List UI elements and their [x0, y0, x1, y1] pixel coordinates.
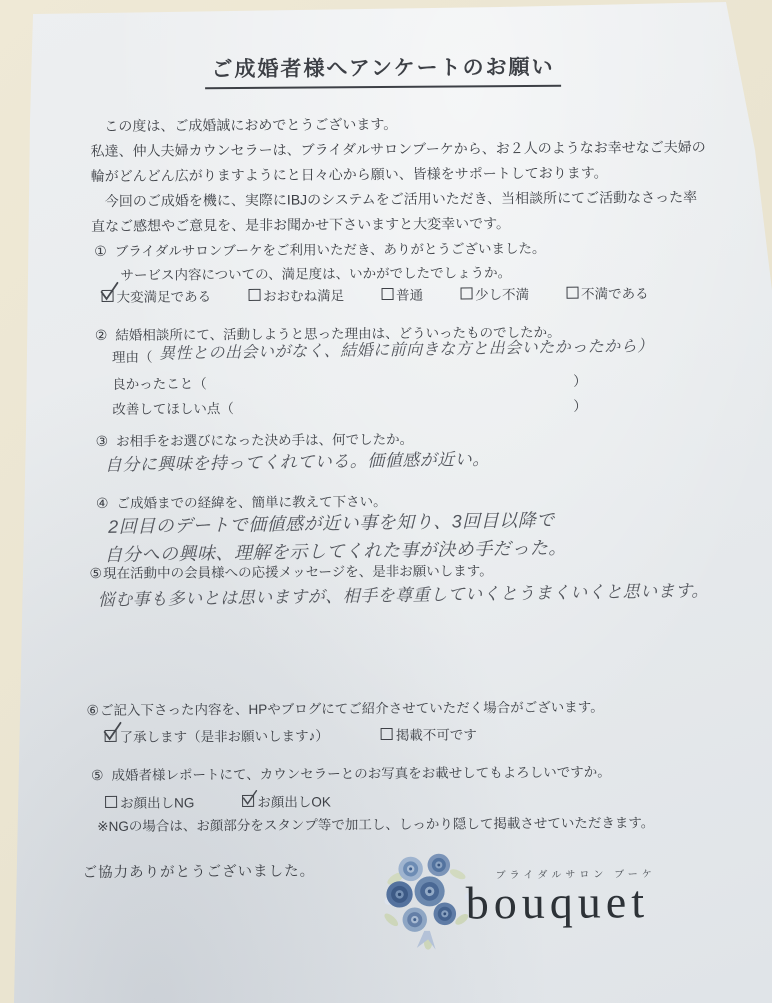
rose-3	[386, 881, 413, 908]
option-face-ok: お顔出しOK	[242, 790, 331, 811]
question-7: ⑤成婚者様レポートにて、カウンセラーとのお写真をお載せしてもよろしいですか。	[91, 760, 611, 784]
question-7-text: 成婚者様レポートにて、カウンセラーとのお写真をお載せしてもよろしいですか。	[111, 764, 610, 782]
rose-5	[402, 907, 427, 932]
question-7-options: お顔出しNG お顔出しOK	[105, 790, 331, 812]
option-label: お顔出しOK	[257, 790, 331, 811]
question-1-number: ①	[94, 243, 107, 260]
question-3-number: ③	[96, 433, 109, 450]
checkbox-checked-icon	[102, 290, 114, 302]
rose-4	[414, 876, 444, 906]
page-title: ご成婚者様へアンケートのお願い	[205, 51, 560, 89]
checkmark-icon	[98, 282, 119, 303]
option-very-satisfied: 大変満足である	[101, 285, 211, 306]
question-7-note: ※NGの場合は、お顔部分をスタンプ等で加工し、しっかり隠して掲載させていただきま…	[97, 811, 654, 835]
option-neutral: 普通	[381, 284, 423, 304]
intro-line: 今回のご成婚を機に、実際にIBJのシステムをご活用いただき、当相談所にてご活動な…	[91, 185, 716, 214]
title-row: ご成婚者様へアンケートのお願い	[0, 49, 769, 90]
question-2-number: ②	[95, 327, 108, 344]
intro-paragraph: この度は、ご成婚誠におめでとうございます。 私達、仲人夫婦カウンセラーは、ブライ…	[90, 110, 716, 239]
question-6-number: ⑥	[86, 702, 99, 719]
checkmark-icon	[102, 722, 123, 743]
checkmark-icon	[241, 790, 258, 807]
question-1-options: 大変満足である おおむね満足 普通 少し不満 不満である	[101, 282, 648, 306]
brand-name: bouquet	[466, 879, 650, 926]
question-2-reason-row: 理由（	[112, 346, 153, 366]
option-slightly-dissatisfied: 少し不満	[460, 283, 529, 303]
closing-thanks: ご協力ありがとうございました。	[83, 860, 316, 883]
checkbox-icon	[105, 796, 117, 808]
improve-field-close-paren: ）	[573, 395, 587, 415]
good-field-close-paren: ）	[573, 370, 587, 390]
option-consent-no: 掲載不可です	[381, 723, 477, 744]
good-field-label: 良かったこと（	[112, 376, 207, 392]
option-dissatisfied: 不満である	[566, 282, 649, 303]
checkbox-icon	[381, 288, 393, 300]
option-label: おおむね満足	[263, 284, 344, 305]
question-6-text: ご記入下さった内容を、HPやブログにてご紹介させていただく場合がございます。	[100, 699, 604, 718]
reason-field-label: 理由（	[112, 350, 153, 365]
option-mostly-satisfied: おおむね満足	[248, 284, 344, 305]
intro-line: 直なご感想やご意見を、是非お聞かせ下さいますと大変幸いです。	[91, 210, 716, 239]
rose-2	[427, 854, 450, 877]
option-label: 大変満足である	[116, 285, 211, 306]
improve-field-label: 改善してほしい点（	[112, 401, 234, 417]
questionnaire-content: ご成婚者様へアンケートのお願い この度は、ご成婚誠におめでとうございます。 私達…	[0, 0, 772, 1003]
rose-bouquet-icon	[380, 849, 475, 954]
question-1: ①ブライダルサロンブーケをご利用いただき、ありがとうございました。	[94, 237, 545, 260]
question-6-options: 了承します（是非お願いします♪） 掲載不可です	[105, 723, 477, 746]
handwritten-answer-q3: 自分に興味を持ってくれている。価値感が近い。	[105, 445, 490, 476]
checkbox-icon	[248, 289, 260, 301]
question-7-number: ⑤	[91, 767, 104, 784]
checkbox-checked-icon	[242, 795, 254, 807]
rose-1	[398, 857, 423, 882]
rose-6	[433, 902, 456, 925]
option-label: 不満である	[581, 282, 649, 302]
question-4-number: ④	[96, 495, 109, 512]
question-6: ⑥ご記入下さった内容を、HPやブログにてご紹介させていただく場合がございます。	[86, 695, 603, 719]
option-label: 掲載不可です	[396, 723, 477, 744]
option-face-ng: お顔出しNG	[105, 791, 194, 812]
option-label: 了承します（是非お願いします♪）	[120, 724, 329, 745]
question-2-improve-row: 改善してほしい点（	[112, 397, 234, 418]
question-5-text: 現在活動中の会員様への応援メッセージを、是非お願いします。	[103, 563, 493, 581]
option-label: 普通	[396, 284, 423, 304]
intro-line: 私達、仲人夫婦カウンセラーは、ブライダルサロンブーケから、お２人のようなお幸せな…	[90, 135, 715, 164]
question-5: ⑤現在活動中の会員様への応援メッセージを、是非お願いします。	[89, 559, 492, 582]
question-1-text: ブライダルサロンブーケをご利用いただき、ありがとうございました。	[115, 241, 546, 259]
question-2-good-row: 良かったこと（	[112, 372, 207, 393]
question-5-number: ⑤	[89, 565, 102, 582]
checkbox-icon	[566, 287, 578, 299]
question-1-subtext: サービス内容についての、満足度は、いかがでしたでしょうか。	[120, 261, 511, 284]
bouquet-logo: ブライダルサロン ブーケ bouquet	[377, 843, 708, 975]
option-label: お顔出しNG	[120, 791, 194, 812]
checkbox-checked-icon	[105, 730, 117, 742]
option-label: 少し不満	[475, 283, 529, 303]
option-consent-yes: 了承します（是非お願いします♪）	[105, 724, 329, 746]
checkbox-icon	[381, 728, 393, 740]
checkbox-icon	[460, 287, 472, 299]
